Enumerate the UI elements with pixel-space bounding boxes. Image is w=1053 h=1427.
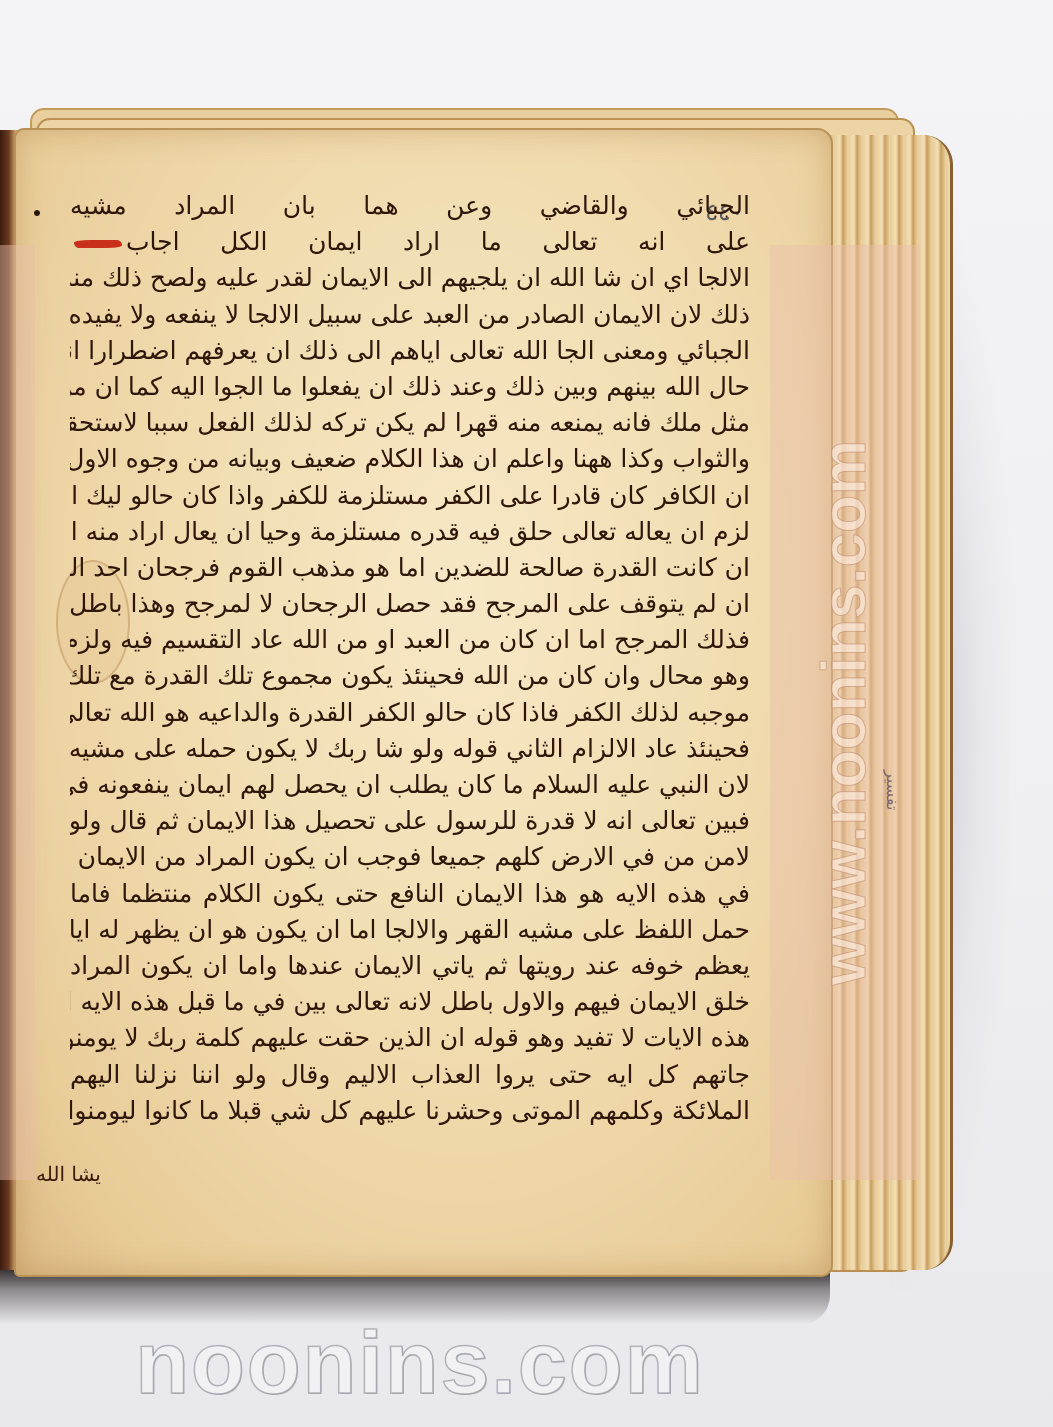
text-line: لان النبي عليه السلام ما كان يطلب ان يحص… <box>70 767 750 803</box>
text-line: ان لم يتوقف على المرجح فقد حصل الرجحان ل… <box>70 586 750 622</box>
text-line: فذلك المرجح اما ان كان من العبد او من ال… <box>70 622 750 658</box>
text-line: جاتهم كل ايه حتى يروا العذاب الاليم وقال… <box>70 1057 750 1093</box>
text-line: يعظم خوفه عند رويتها ثم ياتي الايمان عند… <box>70 948 750 984</box>
text-line: الجبائي ومعنى الجا الله تعالى اياهم الى … <box>70 333 750 369</box>
text-line: الملائكة وكلمهم الموتى وحشرنا عليهم كل ش… <box>70 1093 750 1129</box>
text-line: فحينئذ عاد الالزام الثاني قوله ولو شا رب… <box>70 731 750 767</box>
text-line: الجبائي والقاضي وعن هما بان المراد مشيه <box>70 188 750 224</box>
text-line: الالجا اي ان شا الله ان يلجيهم الى الايم… <box>70 260 750 296</box>
text-line: ذلك لان الايمان الصادر من العبد على سبيل… <box>70 297 750 333</box>
text-line: والثواب وكذا ههنا واعلم ان هذا الكلام ضع… <box>70 441 750 477</box>
text-line: لزم ان يعاله تعالى حلق فيه قدره مستلزمة … <box>70 514 750 550</box>
watermark-vertical: www.noonins.com <box>805 245 885 1180</box>
text-line: وهو محال وان كان من الله فحينئذ يكون مجم… <box>70 658 750 694</box>
text-line: ان الكافر كان قادرا على الكفر مستلزمة لل… <box>70 478 750 514</box>
manuscript-text: الجبائي والقاضي وعن هما بان المراد مشيه … <box>70 188 750 1129</box>
catchword: يشا الله <box>36 1162 101 1186</box>
text-line: على انه تعالى ما اراد ايمان الكل اجاب <box>70 224 750 260</box>
text-line: حال الله بينهم وبين ذلك وعند ذلك ان يفعل… <box>70 369 750 405</box>
watermark-band-left <box>0 245 35 1180</box>
text-line: حمل اللفظ على مشيه القهر والالجا اما ان … <box>70 912 750 948</box>
rubric-overline <box>74 240 122 248</box>
text-line: موجبه لذلك الكفر فاذا كان حالو الكفر الق… <box>70 695 750 731</box>
text-line: ان كانت القدرة صالحة للضدين اما هو مذهب … <box>70 550 750 586</box>
margin-dot <box>34 210 40 216</box>
text-line: مثل ملك فانه يمنعه منه قهرا لم يكن تركه … <box>70 405 750 441</box>
watermark-vertical-text: www.noonins.com <box>810 440 881 985</box>
text-line: فبين تعالى انه لا قدرة للرسول على تحصيل … <box>70 803 750 839</box>
text-line: لامن من في الارض كلهم جميعا فوجب ان يكون… <box>70 839 750 875</box>
text-line: في هذه الايه هو هذا الايمان النافع حتى ي… <box>70 876 750 912</box>
text-line: خلق الايمان فيهم والاول باطل لانه تعالى … <box>70 984 750 1020</box>
text-line: هذه الايات لا تفيد وهو قوله ان الذين حقت… <box>70 1020 750 1056</box>
watermark-bottom-text: noonins.com <box>110 1312 730 1414</box>
